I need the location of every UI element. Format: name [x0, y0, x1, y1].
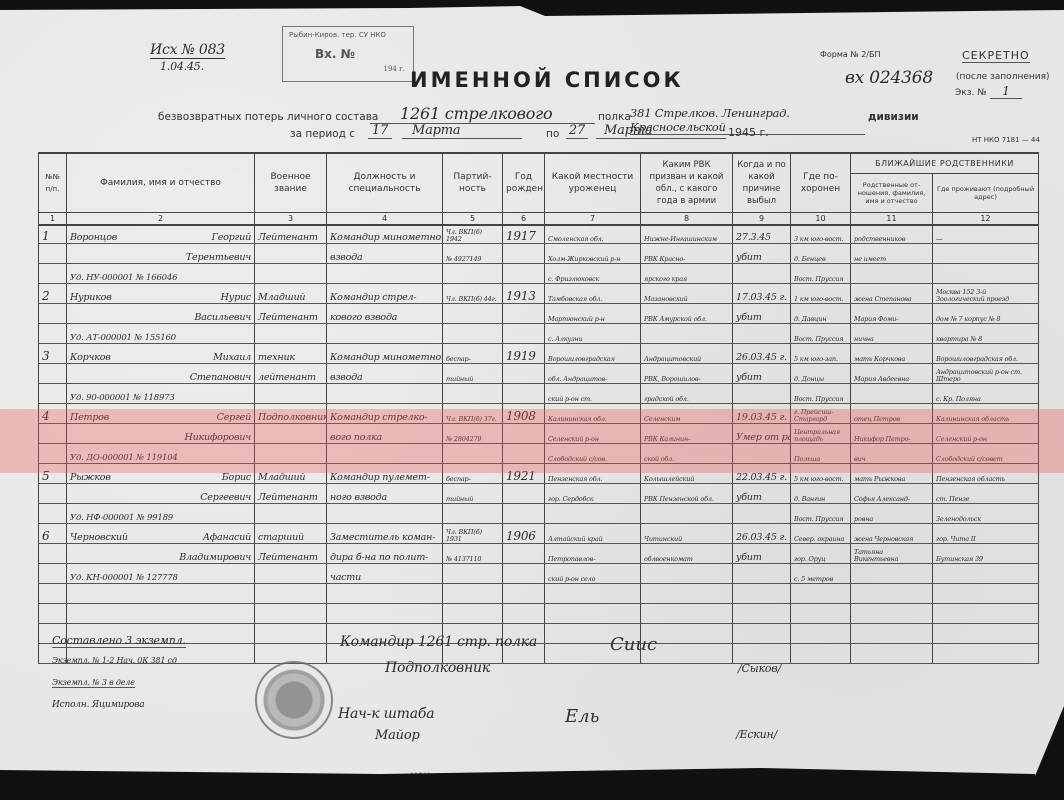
bottom-mark: мои [410, 770, 430, 781]
given-name: Михаил [213, 352, 251, 363]
page-title: ИМЕННОЙ СПИСОК [410, 68, 684, 92]
military-rank: старший [255, 524, 327, 544]
empty-cell [641, 584, 733, 604]
table-row: ВасильевичЛейтенанткового взводаМартюнск… [39, 304, 1039, 324]
relative-address: Андрацитовский р-он ст. Штеро [933, 364, 1039, 384]
date-cause: Умер от ран [733, 424, 791, 444]
empty-cell [851, 584, 933, 604]
row-number [39, 304, 67, 324]
position: Командир стрел- [327, 284, 443, 304]
division-label: дивизии [868, 111, 919, 123]
header-position: Должность и специальность [327, 153, 443, 213]
header-rank: Военное звание [255, 153, 327, 213]
birthplace: Калининская обл. [545, 404, 641, 424]
surname: Петров [70, 412, 109, 423]
burial-place: Вост. Пруссия [791, 324, 851, 344]
header-rvk: Каким РВК призван и какой обл., с какого… [641, 153, 733, 213]
draft-office: РВК Пензенской обл. [641, 484, 733, 504]
table-row: 2НуриковНурисМладшийКомандир стрел-Чл. В… [39, 284, 1039, 304]
empty-table-row [39, 624, 1039, 644]
relative-address [933, 264, 1039, 284]
header-num: №№ п/п. [39, 153, 67, 213]
date-cause: убит [733, 544, 791, 564]
table-row: ВладимировичЛейтенантдира б-на по полит-… [39, 544, 1039, 564]
birth-year [503, 304, 545, 324]
military-rank: Младший [255, 464, 327, 484]
regiment-value: 1261 стрелкового [370, 104, 595, 124]
burial-place: Польша [791, 444, 851, 464]
relative-address: с. Кр. Поляна [933, 384, 1039, 404]
row-number [39, 484, 67, 504]
birthplace: с. Алкузни [545, 324, 641, 344]
given-name: Борис [222, 472, 251, 483]
relative: Софья Александ- [851, 484, 933, 504]
military-rank: Лейтенант [255, 484, 327, 504]
party-membership [443, 504, 503, 524]
military-rank: лейтенант [255, 364, 327, 384]
birth-year [503, 484, 545, 504]
party-membership [443, 304, 503, 324]
official-seal [255, 661, 333, 739]
birthplace: гор. Сердобск [545, 484, 641, 504]
chief-name: /Ескин/ [736, 728, 777, 741]
relative: вич [851, 444, 933, 464]
empty-cell [791, 644, 851, 664]
draft-office: Читинский [641, 524, 733, 544]
period-from-month: Марта [402, 123, 522, 139]
relative-address: гор. Чита II [933, 524, 1039, 544]
relative: мать Корчкова [851, 344, 933, 364]
outgoing-number: Исх № 083 [150, 42, 225, 59]
incoming-number: вх 024368 [845, 68, 933, 88]
position: части [327, 564, 443, 584]
burial-place: 3 км юго-вост. [791, 224, 851, 244]
draft-office: ярского края [641, 264, 733, 284]
table-row: 1ВоронцовГеоргийЛейтенантКомандир миноме… [39, 224, 1039, 244]
draft-office: Мазановский [641, 284, 733, 304]
relative-address: Пензенская область [933, 464, 1039, 484]
party-membership: Чл. ВКП(б) 37г. [443, 404, 503, 424]
empty-cell [255, 604, 327, 624]
burial-place: с. 5 метров [791, 564, 851, 584]
relative-address: дом № 7 корпус № 8 [933, 304, 1039, 324]
military-rank [255, 264, 327, 284]
empty-cell [851, 604, 933, 624]
military-rank: Подполковник [255, 404, 327, 424]
burial-place: Центральная площадь [791, 424, 851, 444]
relative-address: Слободский с/совет [933, 444, 1039, 464]
outgoing-date: 1.04.45. [160, 60, 204, 73]
birthplace: Холм-Жирковский р-н [545, 244, 641, 264]
person-name: Уд. НУ-000001 № 166046 [67, 264, 255, 284]
empty-cell [545, 584, 641, 604]
position [327, 504, 443, 524]
empty-cell [641, 604, 733, 624]
given-name: Георгий [212, 232, 251, 243]
person-name: РыжковБорис [67, 464, 255, 484]
position [327, 324, 443, 344]
birth-year: 1906 [503, 524, 545, 544]
date-cause [733, 564, 791, 584]
chief-title: Нач-к штаба [338, 706, 434, 722]
empty-cell [851, 624, 933, 644]
relative: отец Петров [851, 404, 933, 424]
row-number [39, 424, 67, 444]
relative-address: Бутинская 39 [933, 544, 1039, 564]
military-rank [255, 564, 327, 584]
birthplace: ский р-он ст. [545, 384, 641, 404]
copy-1-2-note: Экземпл. № 1-2 Нач. 0К 381 сд [52, 656, 177, 665]
military-rank: техник [255, 344, 327, 364]
birth-year [503, 424, 545, 444]
row-number [39, 324, 67, 344]
birth-year [503, 384, 545, 404]
row-number [39, 444, 67, 464]
given-name: Нурис [221, 292, 251, 303]
empty-cell [733, 644, 791, 664]
relative: родственников [851, 224, 933, 244]
draft-office: Андрацитовский [641, 344, 733, 364]
period-to-label: по [546, 128, 559, 140]
burial-place: д. Вангин [791, 484, 851, 504]
row-number [39, 364, 67, 384]
row-number [39, 384, 67, 404]
relative: Мария Авдеевна [851, 364, 933, 384]
draft-office [641, 324, 733, 344]
draft-office [641, 504, 733, 524]
person-name: Уд. 90-000001 № 118973 [67, 384, 255, 404]
position: вого полка [327, 424, 443, 444]
birth-year: 1908 [503, 404, 545, 424]
date-cause: 27.3.45 [733, 224, 791, 244]
birth-year [503, 504, 545, 524]
row-number [39, 504, 67, 524]
stamp-incoming: Вх. № [315, 47, 355, 61]
empty-cell [933, 624, 1039, 644]
party-membership: № 2804279 [443, 424, 503, 444]
stamp-org: Рыбин-Киров. тер. СУ НКО [289, 31, 386, 39]
header-party: Партий- ность [443, 153, 503, 213]
copy-3-note: Экземпл. № 3 в деле [52, 678, 135, 688]
chief-signature: Ель [565, 706, 599, 727]
party-membership: № 4137110 [443, 544, 503, 564]
draft-office: РВК Красно- [641, 244, 733, 264]
table-row: Уд. ДО-000001 № 119104Слободский с/сов.с… [39, 444, 1039, 464]
form-label: Форма № 2/БП [820, 50, 881, 59]
document-page: Исх № 083 1.04.45. Рыбин-Киров. тер. СУ … [0, 6, 1064, 796]
table-row: 6ЧерновскийАфанасийстаршийЗаместитель ко… [39, 524, 1039, 544]
given-name: Афанасий [203, 532, 251, 543]
birth-year: 1917 [503, 224, 545, 244]
person-name: ЧерновскийАфанасий [67, 524, 255, 544]
draft-office: облвоенкомат [641, 544, 733, 564]
person-name: Васильевич [67, 304, 255, 324]
person-name: НуриковНурис [67, 284, 255, 304]
table-row: СергеевичЛейтенантного взводатийныйгор. … [39, 484, 1039, 504]
burial-place: Север. окраина [791, 524, 851, 544]
birth-year [503, 544, 545, 564]
draft-office: градской обл. [641, 384, 733, 404]
row-number [39, 264, 67, 284]
relative-address: Москва 152 3-й Зоологический проезд [933, 284, 1039, 304]
relative-address: квартира № 8 [933, 324, 1039, 344]
row-number: 2 [39, 284, 67, 304]
header-address: Где проживают (подробный адрес) [933, 174, 1039, 213]
date-cause: 26.03.45 г. [733, 524, 791, 544]
relative: жена Черновская [851, 524, 933, 544]
empty-cell [327, 584, 443, 604]
person-name: Уд. НФ-000001 № 99189 [67, 504, 255, 524]
position: взвода [327, 364, 443, 384]
draft-office: ской обл. [641, 444, 733, 464]
birth-year [503, 244, 545, 264]
empty-cell [933, 584, 1039, 604]
date-cause: убит [733, 484, 791, 504]
compiled-note: Составлено 3 экземпл. [52, 634, 186, 648]
position [327, 264, 443, 284]
birth-year [503, 364, 545, 384]
relative-address: Зеленодольск [933, 504, 1039, 524]
person-name: Никифорович [67, 424, 255, 444]
row-number: 3 [39, 344, 67, 364]
military-rank: Лейтенант [255, 224, 327, 244]
empty-table-row [39, 644, 1039, 664]
row-number: 1 [39, 224, 67, 244]
relative-address: — [933, 224, 1039, 244]
empty-cell [791, 604, 851, 624]
birthplace: обл. Андрацитов- [545, 364, 641, 384]
empty-cell [503, 584, 545, 604]
position: Командир минометного [327, 224, 443, 244]
row-number: 5 [39, 464, 67, 484]
birthplace: Ворошиловградская [545, 344, 641, 364]
relative: нична [851, 324, 933, 344]
registration-stamp: Рыбин-Киров. тер. СУ НКО Вх. № 194 г. [282, 26, 414, 82]
empty-cell [503, 604, 545, 624]
party-membership [443, 264, 503, 284]
period-prefix: за период с [290, 128, 355, 140]
burial-place: Вост. Пруссия [791, 504, 851, 524]
surname: Рыжков [70, 472, 111, 483]
relative: ровна [851, 504, 933, 524]
military-rank: Младший [255, 284, 327, 304]
empty-cell [443, 584, 503, 604]
date-cause: убит [733, 304, 791, 324]
commander-signature: Сиис [610, 634, 657, 655]
header-name: Фамилия, имя и отчество [67, 153, 255, 213]
draft-office [641, 564, 733, 584]
table-row: 4ПетровСергейПодполковникКомандир стрелк… [39, 404, 1039, 424]
header-relatives-group: БЛИЖАЙШИЕ РОДСТВЕННИКИ [851, 153, 1039, 174]
empty-cell [733, 584, 791, 604]
party-membership: Чл. ВКП(б) 1931 [443, 524, 503, 544]
relative: мать Рыжкова [851, 464, 933, 484]
header-birthplace: Какой местности уроженец [545, 153, 641, 213]
empty-table-row [39, 584, 1039, 604]
birthplace: Селенский р-он [545, 424, 641, 444]
birthplace: с. Фризлюковск [545, 264, 641, 284]
table-row: Уд. КН-000001 № 127778частиский р-он сел… [39, 564, 1039, 584]
relative: жена Степанова [851, 284, 933, 304]
header-when-why: Когда и по какой причине выбыл [733, 153, 791, 213]
position: дира б-на по полит- [327, 544, 443, 564]
birthplace: Пензенская обл. [545, 464, 641, 484]
table-row: Уд. НУ-000001 № 166046с. Фризлюковскярск… [39, 264, 1039, 284]
secret-label: СЕКРЕТНО [962, 49, 1030, 63]
party-membership [443, 444, 503, 464]
person-name: Терентьевич [67, 244, 255, 264]
date-cause: убит [733, 364, 791, 384]
empty-cell [67, 584, 255, 604]
relative [851, 564, 933, 584]
position: ного взвода [327, 484, 443, 504]
draft-office: РВК, Ворошилов- [641, 364, 733, 384]
position: Командир минометного [327, 344, 443, 364]
birth-year [503, 324, 545, 344]
date-cause: 22.03.45 г. [733, 464, 791, 484]
relative: Мария Фоми- [851, 304, 933, 324]
draft-office: Нижне-Ингашинским [641, 224, 733, 244]
draft-office: Селенским [641, 404, 733, 424]
empty-cell [791, 584, 851, 604]
empty-cell [39, 604, 67, 624]
draft-office: РВК Калинин- [641, 424, 733, 444]
person-name: КорчковМихаил [67, 344, 255, 364]
person-name: Уд. КН-000001 № 127778 [67, 564, 255, 584]
empty-cell [255, 584, 327, 604]
period-from-day: 17 [368, 123, 392, 139]
birth-year [503, 444, 545, 464]
military-rank: Лейтенант [255, 304, 327, 324]
table-row: Уд. 90-000001 № 118973ский р-он ст.градс… [39, 384, 1039, 404]
military-rank [255, 504, 327, 524]
empty-cell [545, 604, 641, 624]
person-name: ВоронцовГеоргий [67, 224, 255, 244]
person-name: Сергеевич [67, 484, 255, 504]
relative-address: Калининская область [933, 404, 1039, 424]
position: взвода [327, 244, 443, 264]
military-rank [255, 384, 327, 404]
draft-office: Колышлейский [641, 464, 733, 484]
date-cause [733, 384, 791, 404]
burial-place: 1 км юго-вост. [791, 284, 851, 304]
copy-number: 1 [990, 84, 1022, 99]
draft-office: РВК Амурской обл. [641, 304, 733, 324]
relative-address: ст. Пензе [933, 484, 1039, 504]
empty-cell [67, 604, 255, 624]
table-row: Уд. НФ-000001 № 99189Вост. ПруссияровнаЗ… [39, 504, 1039, 524]
position [327, 384, 443, 404]
person-name: Уд. ДО-000001 № 119104 [67, 444, 255, 464]
empty-cell [733, 604, 791, 624]
chief-rank: Майор [375, 728, 420, 743]
table-row: 5РыжковБорисМладшийКомандир пулемет-бесп… [39, 464, 1039, 484]
burial-place: г. Прейсиш-Старгард [791, 404, 851, 424]
burial-place: Вост. Пруссия [791, 384, 851, 404]
burial-place: д. Давцин [791, 304, 851, 324]
birth-year [503, 264, 545, 284]
regiment-label: полка [598, 111, 631, 123]
birthplace [545, 504, 641, 524]
party-membership: беспар- [443, 344, 503, 364]
empty-cell [255, 624, 327, 644]
birth-year: 1919 [503, 344, 545, 364]
table-row: 3КорчковМихаилтехникКомандир минометного… [39, 344, 1039, 364]
subtitle-prefix: безвозвратных потерь личного состава [158, 111, 378, 123]
table-row: Никифоровичвого полка№ 2804279Селенский … [39, 424, 1039, 444]
position: Командир стрелко- [327, 404, 443, 424]
surname: Воронцов [70, 232, 117, 243]
birth-year: 1913 [503, 284, 545, 304]
date-cause: 26.03.45 г. [733, 344, 791, 364]
stamp-year: 194 г. [384, 65, 405, 73]
date-cause [733, 264, 791, 284]
date-cause [733, 324, 791, 344]
given-name: Сергей [217, 412, 251, 423]
row-number: 4 [39, 404, 67, 424]
secret-note: (после заполнения) [956, 72, 1050, 82]
party-membership: Чл. ВКП(б) 44г. [443, 284, 503, 304]
birthplace: Мартюнский р-н [545, 304, 641, 324]
empty-cell [933, 604, 1039, 624]
commander-rank: Подполковник [385, 660, 490, 676]
date-cause: 17.03.45 г. [733, 284, 791, 304]
party-membership [443, 564, 503, 584]
burial-place: 5 км юго-вост. [791, 464, 851, 484]
surname: Черновский [70, 532, 128, 543]
position [327, 444, 443, 464]
person-name: ПетровСергей [67, 404, 255, 424]
table-row: Степановичлейтенантвзводатийныйобл. Андр… [39, 364, 1039, 384]
birthplace: Алтайский край [545, 524, 641, 544]
party-membership: № 4927149 [443, 244, 503, 264]
relative-address [933, 564, 1039, 584]
military-rank [255, 244, 327, 264]
relative [851, 384, 933, 404]
birthplace: Петропавлов- [545, 544, 641, 564]
executor-note: Исполн. Яцимирова [52, 700, 144, 710]
burial-place: гор. Оруц [791, 544, 851, 564]
row-number [39, 544, 67, 564]
empty-cell [933, 644, 1039, 664]
empty-cell [443, 604, 503, 624]
surname: Нуриков [70, 292, 112, 303]
empty-cell [791, 624, 851, 644]
party-membership [443, 384, 503, 404]
party-membership: Чл. ВКП(б) 1942 [443, 224, 503, 244]
birthplace: Смоленская обл. [545, 224, 641, 244]
period-to-month: Марта [596, 123, 726, 139]
header-relative: Родственные от- ношения, фамилия, имя и … [851, 174, 933, 213]
party-membership: тийный [443, 484, 503, 504]
relative: Никифор Петро- [851, 424, 933, 444]
person-name: Владимирович [67, 544, 255, 564]
military-rank [255, 444, 327, 464]
period-year: 1945 г. [728, 126, 769, 139]
empty-cell [39, 584, 67, 604]
relative-address [933, 244, 1039, 264]
military-rank: Лейтенант [255, 544, 327, 564]
losses-table-body: 1ВоронцовГеоргийЛейтенантКомандир миноме… [38, 224, 1039, 664]
table-row: Уд. АТ-000001 № 155160с. АлкузниВост. Пр… [39, 324, 1039, 344]
commander-name: /Сыков/ [738, 662, 781, 675]
burial-place: д. Бенцев [791, 244, 851, 264]
relative: Татьяна Викентьевна [851, 544, 933, 564]
birth-year: 1921 [503, 464, 545, 484]
empty-cell [851, 644, 933, 664]
position: Командир пулемет- [327, 464, 443, 484]
relative [851, 264, 933, 284]
